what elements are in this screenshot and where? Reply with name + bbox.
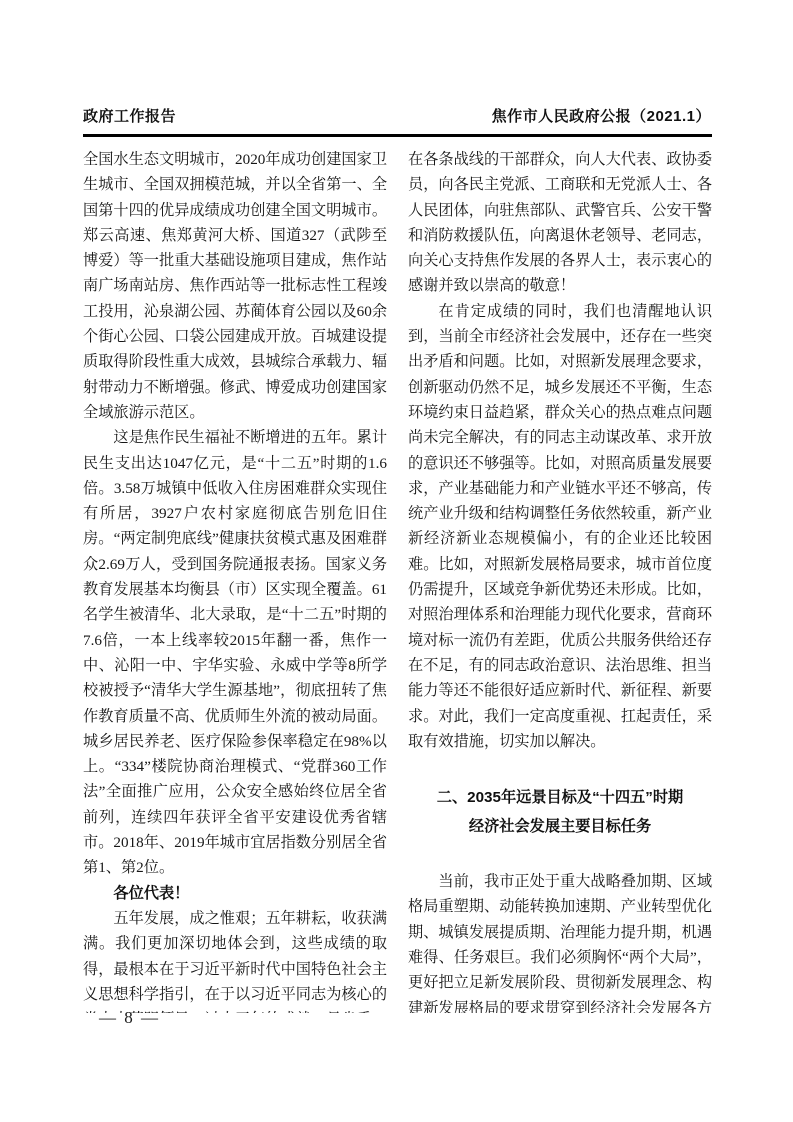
page-header: 政府工作报告 焦作市人民政府公报（2021.1） bbox=[83, 105, 711, 126]
paragraph: 当前，我市正处于重大战略叠加期、区域格局重塑期、动能转换加速期、产业转型优化期、… bbox=[408, 869, 712, 1013]
paragraph-continuation: 在各条战线的干部群众，向人大代表、政协委员，向各民主党派、工商联和无党派人士、各… bbox=[408, 147, 712, 299]
paragraph: 五年发展，成之惟艰；五年耕耘，收获满满。我们更加深切地体会到，这些成绩的取得，最… bbox=[83, 906, 387, 1013]
section-heading-line1: 二、2035年远景目标及“十四五”时期 bbox=[408, 783, 712, 812]
section-heading: 二、2035年远景目标及“十四五”时期 经济社会发展主要目标任务 bbox=[408, 783, 712, 841]
document-page: 政府工作报告 焦作市人民政府公报（2021.1） 全国水生态文明城市，2020年… bbox=[0, 0, 793, 1122]
right-column: 在各条战线的干部群众，向人大代表、政协委员，向各民主党派、工商联和无党派人士、各… bbox=[408, 147, 712, 1013]
paragraph: 这是焦作民生福祉不断增进的五年。累计民生支出达1047亿元，是“十二五”时期的1… bbox=[83, 425, 387, 880]
salutation-heading: 各位代表！ bbox=[83, 881, 387, 906]
two-column-body: 全国水生态文明城市，2020年成功创建国家卫生城市、全国双拥模范城，并以全省第一… bbox=[83, 147, 712, 1013]
left-column: 全国水生态文明城市，2020年成功创建国家卫生城市、全国双拥模范城，并以全省第一… bbox=[83, 147, 387, 1013]
report-title: 政府工作报告 bbox=[83, 105, 176, 126]
paragraph-continuation: 全国水生态文明城市，2020年成功创建国家卫生城市、全国双拥模范城，并以全省第一… bbox=[83, 147, 387, 425]
section-heading-line2: 经济社会发展主要目标任务 bbox=[408, 812, 712, 841]
page-number: — 8 — bbox=[99, 1008, 160, 1028]
header-rule bbox=[83, 134, 712, 137]
gazette-title: 焦作市人民政府公报（2021.1） bbox=[492, 105, 711, 126]
paragraph: 在肯定成绩的同时，我们也清醒地认识到，当前全市经济社会发展中，还存在一些突出矛盾… bbox=[408, 299, 712, 754]
